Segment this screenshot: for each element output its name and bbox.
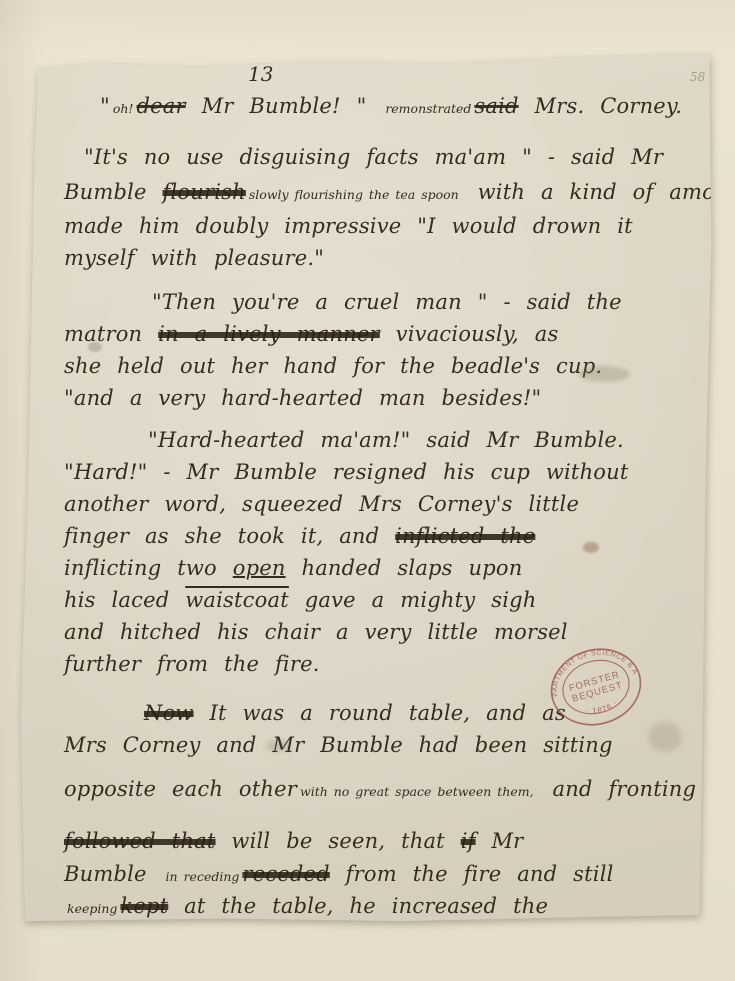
manuscript-text-segment: she held out her hand for the beadle's c… [64, 354, 602, 378]
manuscript-text-segment: Mr [476, 829, 524, 853]
manuscript-text-segment: and hitched his chair a very little mors… [64, 620, 568, 644]
manuscript-text-segment: opposite each other [64, 777, 297, 801]
inserted-text: in receding [166, 869, 240, 884]
underlined-text: open [233, 556, 286, 580]
inserted-text: keeping [67, 901, 117, 916]
manuscript-text-segment: with a kind of amorous dignity that [462, 180, 735, 204]
manuscript-text-segment: Mrs. Corney. [519, 94, 682, 118]
manuscript-line: "Hard!" - Mr Bumble resigned his cup wit… [64, 456, 692, 488]
manuscript-text-segment: another word, squeezed Mrs Corney's litt… [64, 492, 579, 516]
manuscript-line: keepingkept at the table, he increased t… [64, 890, 692, 922]
inserted-text: oh! [113, 101, 134, 116]
manuscript-line: "It's no use disguising facts ma'am " - … [64, 141, 692, 173]
paper-shadow: 13 58 "oh!dear Mr Bumble! " remonstrated… [18, 54, 712, 922]
manuscript-text-segment: "It's no use disguising facts ma'am " - … [84, 145, 663, 169]
scribbled-out-text: in a lively manner [158, 322, 380, 346]
manuscript-text-segment: Bumble [64, 180, 163, 204]
manuscript-text-segment: from the fire and still [330, 862, 614, 886]
manuscript-text-segment: Mrs Corney and Mr Bumble had been sittin… [64, 733, 613, 757]
manuscript-text: "oh!dear Mr Bumble! " remonstratedsaid M… [64, 90, 692, 922]
manuscript-line: she held out her hand for the beadle's c… [64, 350, 692, 382]
manuscript-line: Bumble flourishslowly flourishing the te… [64, 176, 692, 208]
manuscript-text-segment: myself with pleasure." [64, 246, 324, 270]
manuscript-line: made him doubly impressive "I would drow… [64, 210, 692, 242]
scribbled-out-text: Now [144, 701, 194, 725]
manuscript-line: finger as she took it, and inflicted the [64, 520, 692, 552]
manuscript-text-segment: It was a round table, and as [194, 701, 566, 725]
scribbled-out-text: receded [242, 862, 329, 886]
manuscript-text-segment: Bumble [64, 862, 163, 886]
manuscript-line: inflicting two open handed slaps upon [64, 552, 692, 584]
inserted-text: with no great space between them, [300, 784, 534, 799]
manuscript-line: Mrs Corney and Mr Bumble had been sittin… [64, 729, 692, 761]
manuscript-text-segment: "Then you're a cruel man " - said the [152, 290, 622, 314]
manuscript-line: another word, squeezed Mrs Corney's litt… [64, 488, 692, 520]
manuscript-line: matron in a lively manner vivaciously, a… [64, 318, 692, 350]
manuscript-text-segment: Mr Bumble! " [186, 94, 383, 118]
overlined-text: waistcoat [185, 588, 289, 612]
inserted-text: remonstrated [385, 101, 471, 116]
manuscript-text-segment: inflicting two [64, 556, 233, 580]
manuscript-text-segment: gave a mighty sigh [289, 588, 537, 612]
manuscript-text-segment: further from the fire. [64, 652, 320, 676]
manuscript-text-segment: at the table, he increased the [168, 894, 548, 918]
manuscript-text-segment: matron [64, 322, 158, 346]
manuscript-text-segment: finger as she took it, and [64, 524, 395, 548]
scribbled-out-text: flourish [163, 180, 246, 204]
manuscript-line: "oh!dear Mr Bumble! " remonstratedsaid M… [64, 90, 692, 122]
manuscript-text-segment: " [100, 94, 110, 118]
manuscript-line: followed that will be seen, that if Mr [64, 825, 692, 857]
manuscript-text-segment: handed slaps upon [286, 556, 523, 580]
manuscript-text-segment: his laced [64, 588, 185, 612]
manuscript-line: myself with pleasure." [64, 242, 692, 274]
manuscript-line: "Hard-hearted ma'am!" said Mr Bumble. [64, 424, 692, 456]
manuscript-line: "Then you're a cruel man " - said the [64, 286, 692, 318]
scribbled-out-text: followed that [64, 829, 216, 853]
manuscript-text-segment: "and a very hard-hearted man besides!" [64, 386, 541, 410]
manuscript-line: opposite each otherwith no great space b… [64, 773, 692, 805]
scribbled-out-text: kept [120, 894, 168, 918]
manuscript-photograph: 13 58 "oh!dear Mr Bumble! " remonstrated… [0, 0, 735, 981]
manuscript-text-segment: will be seen, that [216, 829, 461, 853]
folio-number-pencil: 58 [690, 70, 705, 84]
manuscript-page: 13 58 "oh!dear Mr Bumble! " remonstrated… [18, 54, 712, 922]
struck-out-text: dear [136, 94, 185, 118]
manuscript-line: Bumble in recedingreceded from the fire … [64, 858, 692, 890]
inserted-text: slowly flourishing the tea spoon [249, 187, 459, 202]
manuscript-text-segment: and fronting the fire it [537, 777, 735, 801]
manuscript-line: his laced waistcoat gave a mighty sigh [64, 584, 692, 616]
page-number: 13 [248, 62, 273, 86]
manuscript-text-segment: made him doubly impressive "I would drow… [64, 214, 633, 238]
struck-out-text: said [474, 94, 518, 118]
manuscript-line: "and a very hard-hearted man besides!" [64, 382, 692, 414]
scribbled-out-text: inflicted the [395, 524, 535, 548]
manuscript-text-segment: "Hard!" - Mr Bumble resigned his cup wit… [64, 460, 629, 484]
scribbled-out-text: if [461, 829, 476, 853]
manuscript-text-segment: vivaciously, as [380, 322, 559, 346]
manuscript-text-segment: "Hard-hearted ma'am!" said Mr Bumble. [148, 428, 624, 452]
